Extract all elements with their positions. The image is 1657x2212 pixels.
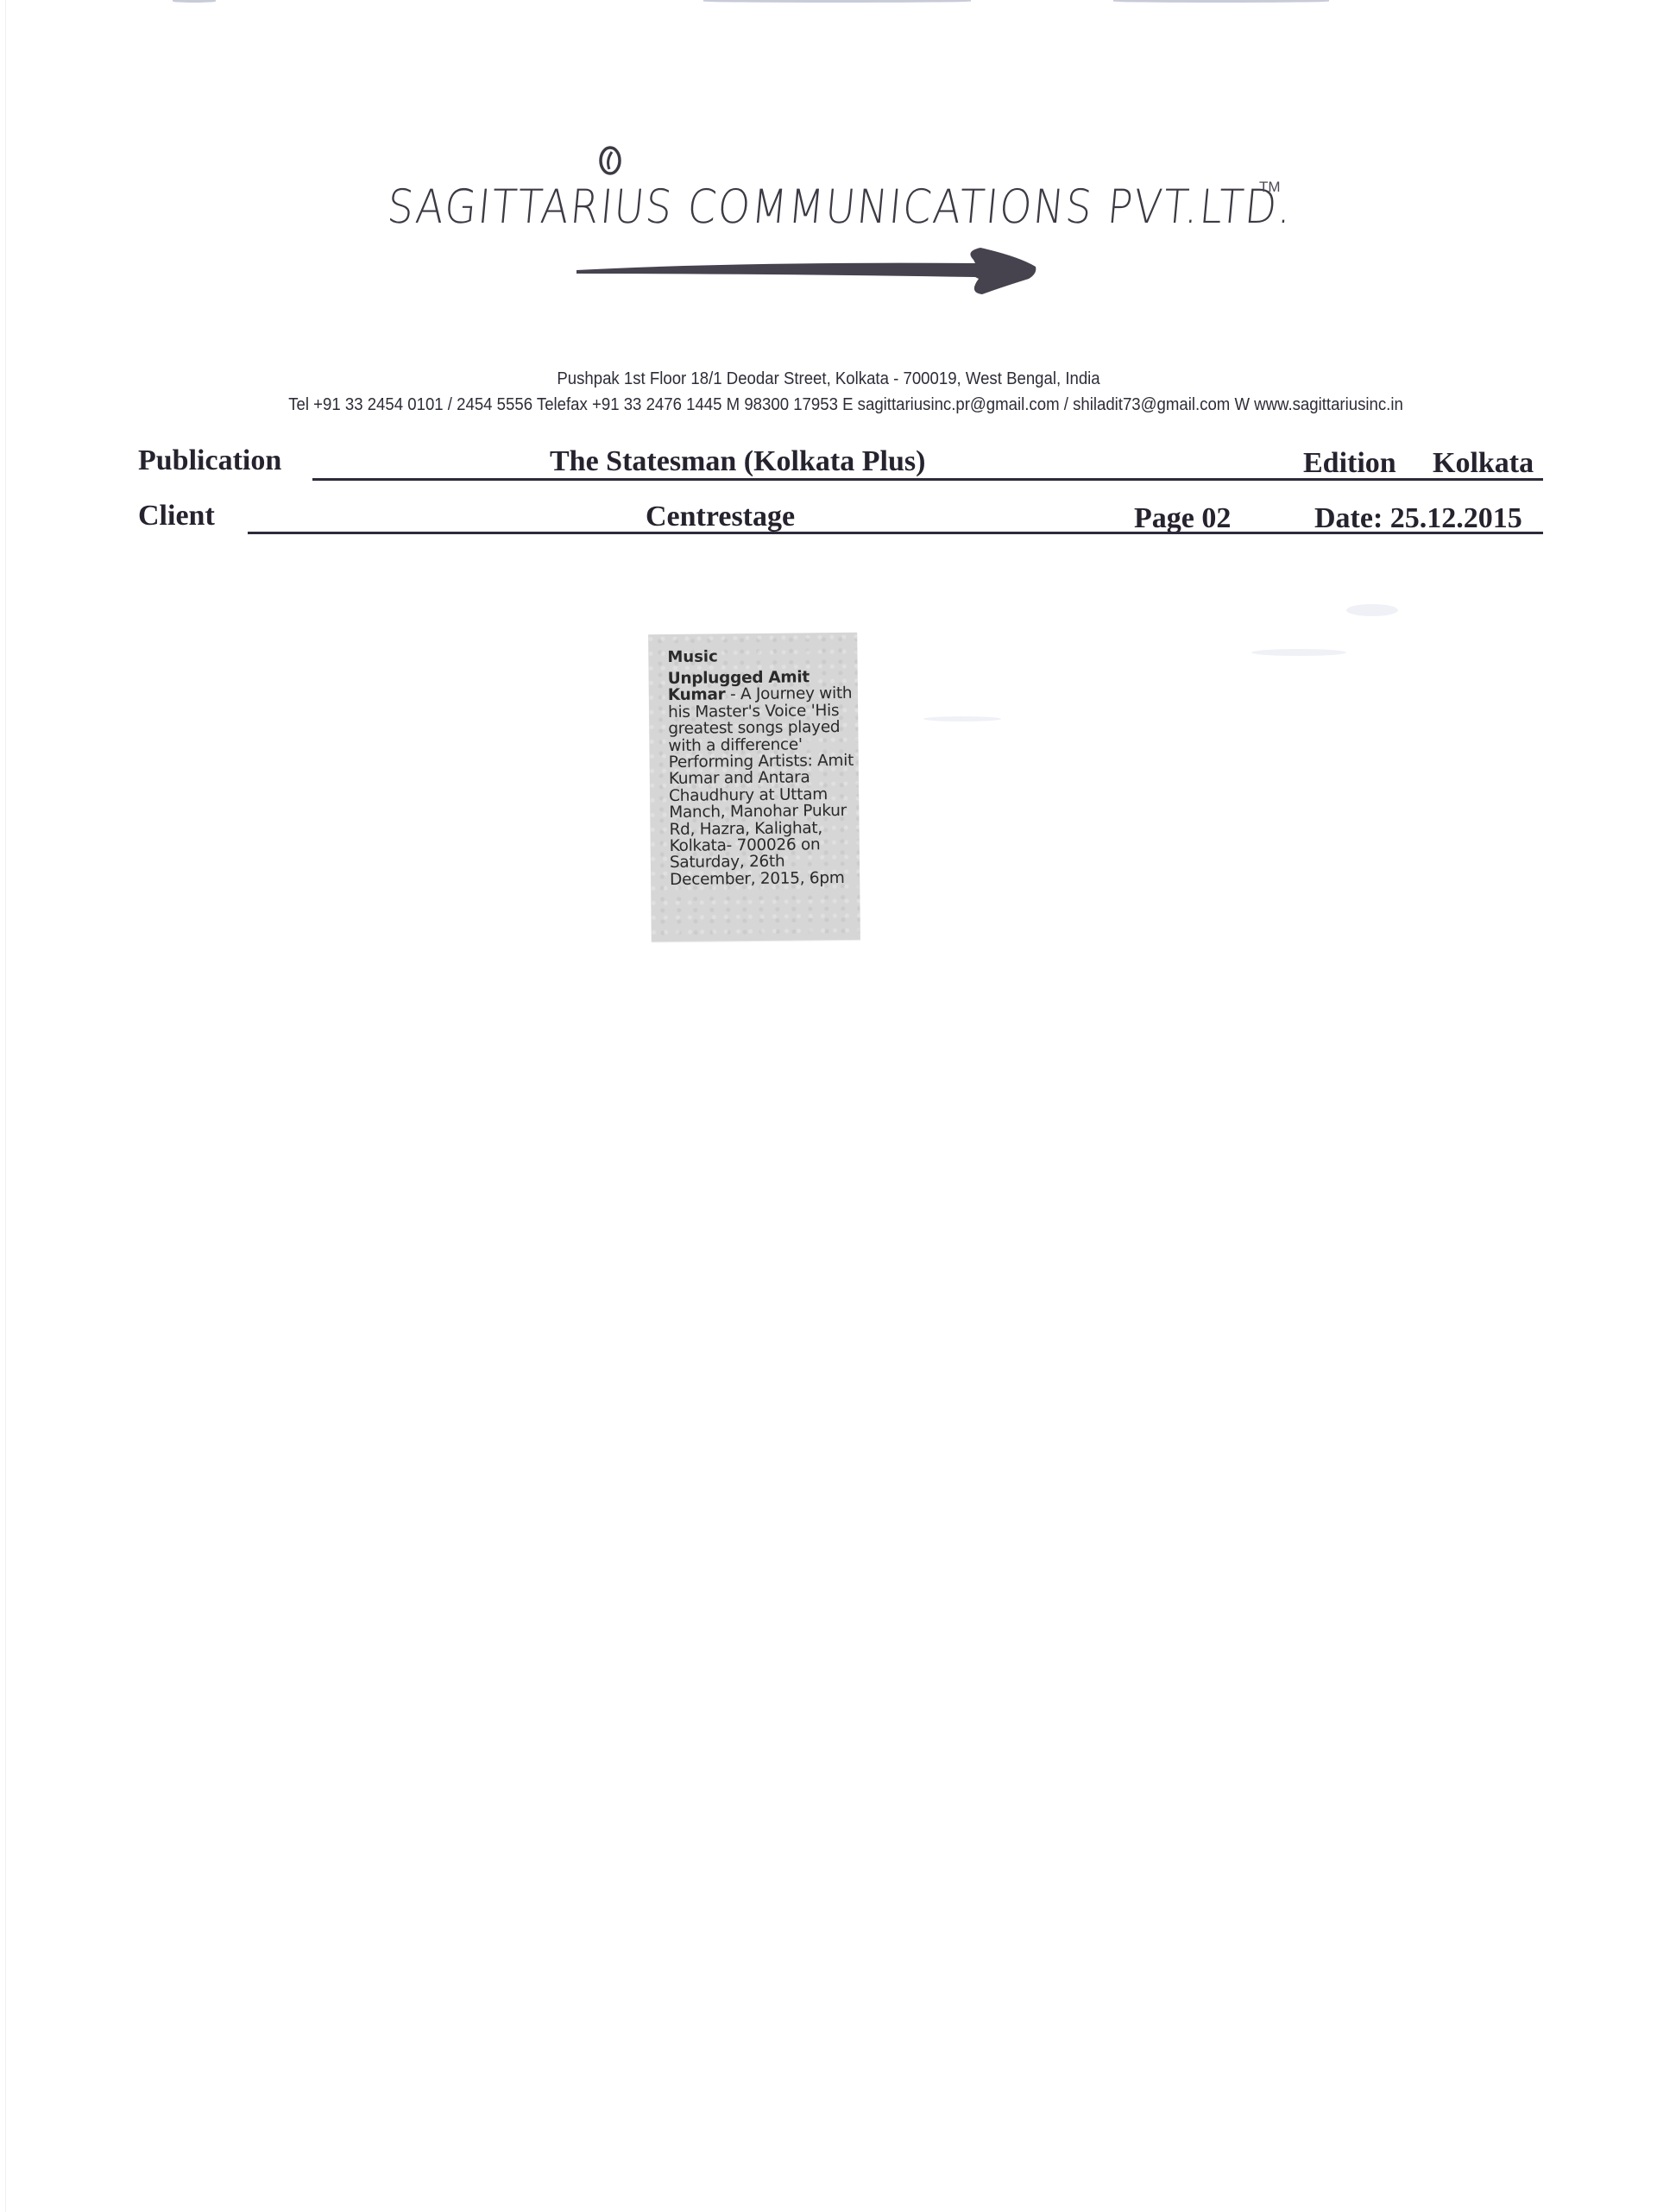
edition-label: Edition: [1303, 447, 1396, 480]
publication-label: Publication: [138, 444, 281, 477]
clipping-section: Music: [667, 647, 717, 666]
page-number: Page 02: [1134, 502, 1231, 535]
edition-value: Kolkata: [1433, 447, 1534, 480]
company-address: Pushpak 1st Floor 18/1 Deodar Street, Ko…: [58, 369, 1599, 389]
arrow-icon: [570, 244, 1040, 296]
scan-smudge: [1346, 604, 1398, 616]
seed-mark-icon: [597, 142, 623, 180]
clipping-text: Unplugged Amit Kumar - A Journey with hi…: [668, 669, 857, 889]
publication-underline: [312, 478, 1543, 481]
newspaper-clipping: Music Unplugged Amit Kumar - A Journey w…: [648, 633, 860, 942]
trademark-symbol: TM: [1259, 179, 1281, 196]
scan-smudge: [1251, 649, 1346, 656]
scan-artifact: [1113, 0, 1329, 3]
scan-artifact: [703, 0, 971, 3]
clipping-date: Date: 25.12.2015: [1314, 502, 1522, 535]
company-contact: Tel +91 33 2454 0101 / 2454 5556 Telefax…: [75, 395, 1616, 415]
company-name: SAGITTARIUS COMMUNICATIONS PVT.LTD.: [385, 180, 1164, 234]
publication-value: The Statesman (Kolkata Plus): [550, 445, 925, 478]
client-value: Centrestage: [646, 501, 795, 533]
scan-smudge: [923, 716, 1001, 722]
scan-edge: [5, 0, 6, 2212]
clipping-body: - A Journey with his Master's Voice 'His…: [668, 684, 854, 889]
client-underline: [248, 532, 1543, 534]
client-label: Client: [138, 500, 215, 533]
scan-artifact: [173, 0, 216, 3]
